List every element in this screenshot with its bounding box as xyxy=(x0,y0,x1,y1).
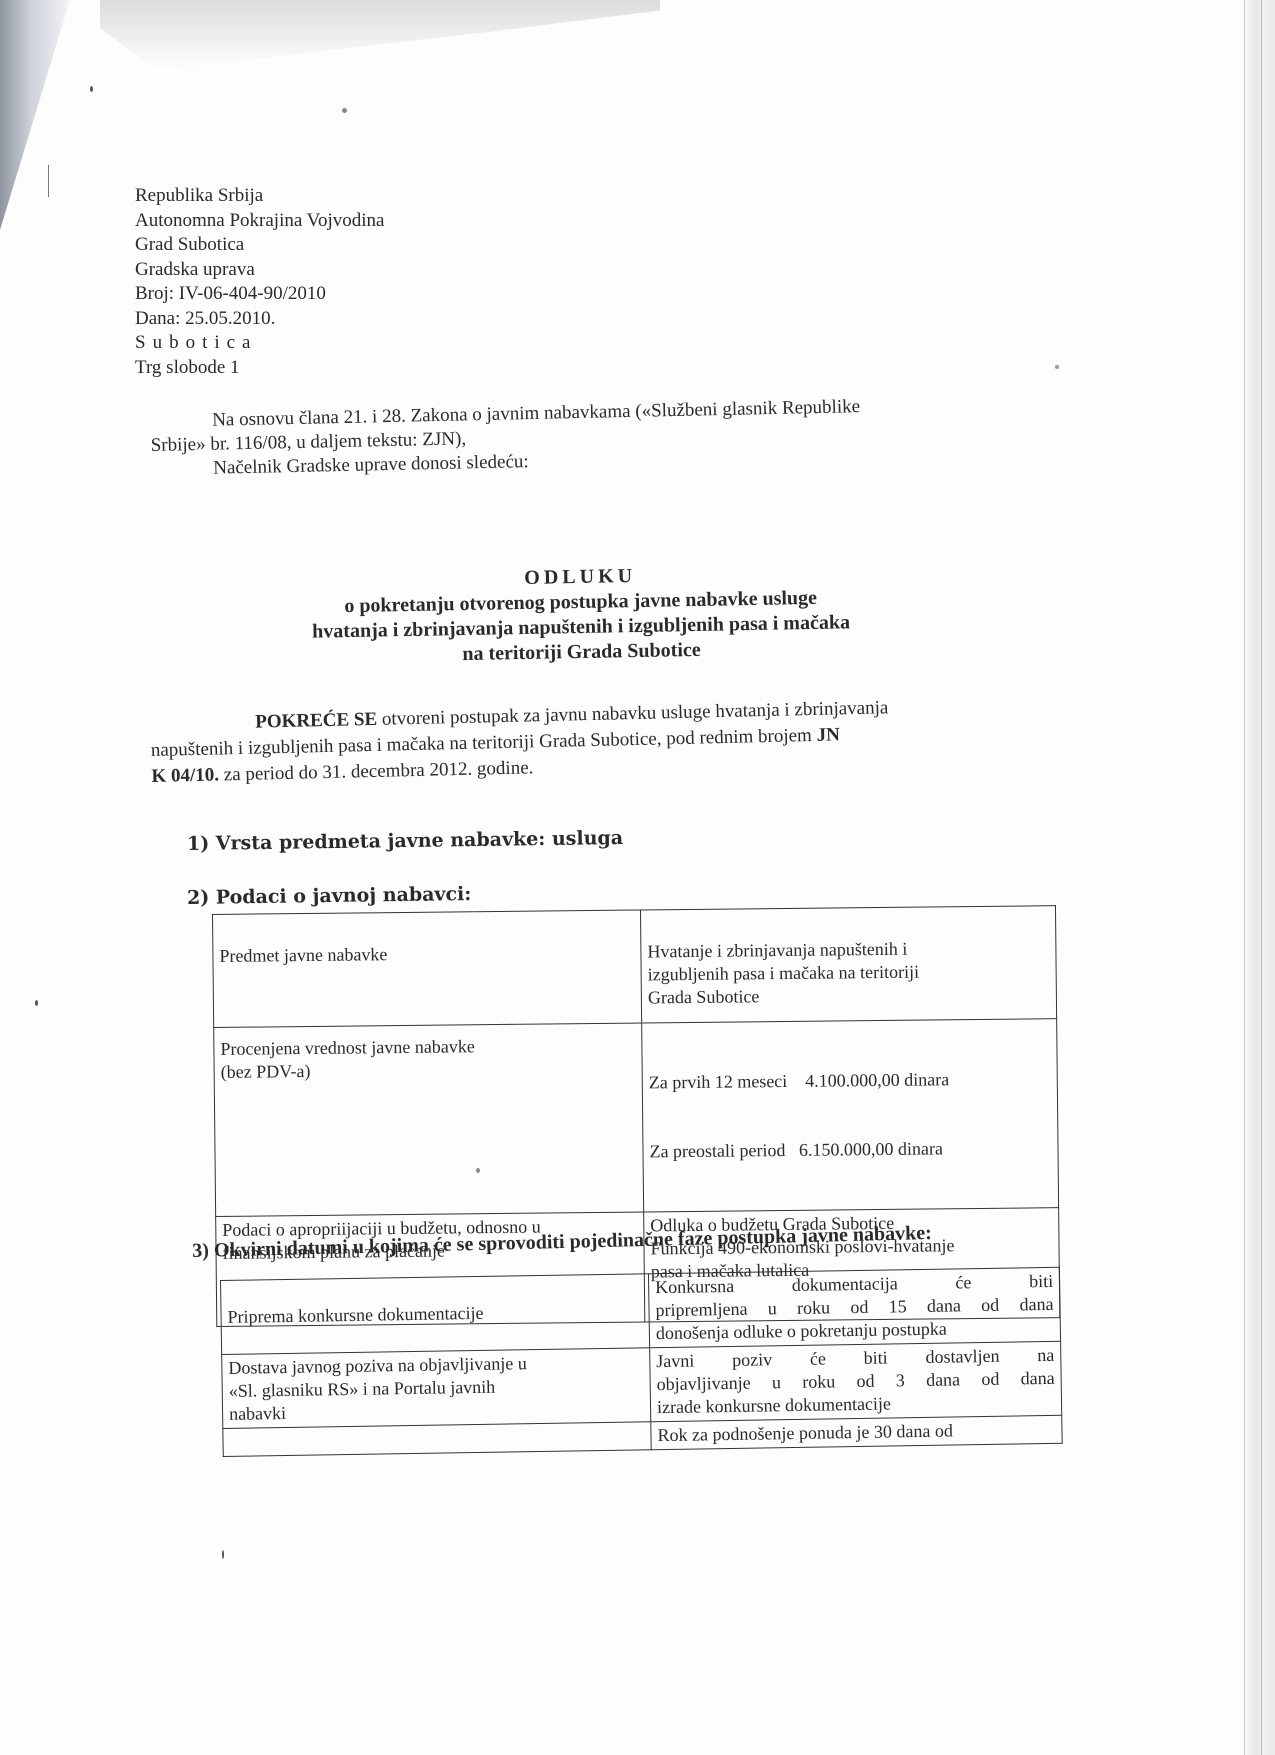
cell-line: Za preostali period 6.150.000,00 dinara xyxy=(649,1136,1051,1163)
cell-line: izrade konkursne dokumentacije xyxy=(657,1390,1055,1419)
header-place: Subotica xyxy=(135,331,384,356)
table-cell-label xyxy=(223,1422,651,1457)
decision-body: POKREĆE SE otvoreni postupak za javnu na… xyxy=(150,692,1052,790)
table-cell-value: Javni poziv će biti dostavljen na objavl… xyxy=(650,1341,1062,1421)
header-date: Dana: 25.05.2010. xyxy=(135,307,384,332)
body-bold-start: POKREĆE SE xyxy=(255,709,377,733)
letterhead: Republika Srbija Autonomna Pokrajina Voj… xyxy=(135,184,384,380)
decision-title: ODLUKU o pokretanju otvorenog postupka j… xyxy=(240,559,922,671)
scan-speck xyxy=(342,108,347,113)
procurement-data-table: Predmet javne nabavke Hvatanje i zbrinja… xyxy=(212,905,1060,1327)
header-province: Autonomna Pokrajina Vojvodina xyxy=(135,209,384,234)
section-2-heading: 2) Podaci o javnoj nabavci: xyxy=(187,883,472,909)
body-bold-jn: JN xyxy=(816,724,840,746)
scan-speck xyxy=(35,1000,38,1006)
table-cell-value: Hvatanje i zbrinjavanja napuštenih i izg… xyxy=(640,906,1056,1023)
table-cell-label: Dostava javnog poziva na objavljivanje u… xyxy=(222,1348,651,1429)
table-row: Dostava javnog poziva na objavljivanje u… xyxy=(222,1341,1062,1428)
section-1-heading: 1) Vrsta predmeta javne nabavke: usluga xyxy=(187,827,623,855)
document-page: Republika Srbija Autonomna Pokrajina Voj… xyxy=(0,0,1245,1755)
header-office: Gradska uprava xyxy=(135,258,384,283)
scan-speck xyxy=(90,86,93,92)
intro-paragraph: Na osnovu člana 21. i 28. Zakona o javni… xyxy=(150,392,1021,482)
cell-line: Grada Subotice xyxy=(648,982,1050,1009)
cell-line: Za prvih 12 meseci 4.100.000,00 dinara xyxy=(649,1067,1051,1094)
table-cell-value: Za prvih 12 meseci 4.100.000,00 dinara Z… xyxy=(642,1019,1059,1212)
header-address: Trg slobode 1 xyxy=(135,356,384,381)
body-bold-k: K 04/10. xyxy=(151,764,219,787)
header-city: Grad Subotica xyxy=(135,233,384,258)
table-cell-value: Rok za podnošenje ponuda je 30 dana od xyxy=(651,1415,1062,1449)
scan-speck xyxy=(222,1550,224,1559)
body-text-3: za period do 31. decembra 2012. godine. xyxy=(219,757,534,785)
header-number: Broj: IV-06-404-90/2010 xyxy=(135,282,384,307)
scan-speck xyxy=(1055,365,1059,369)
scan-speck xyxy=(48,165,49,197)
table-cell-value: Konkursna dokumentacija će biti pripreml… xyxy=(648,1267,1060,1347)
table-cell-label: Predmet javne nabavke xyxy=(213,910,642,1027)
cell-line: Rok za podnošenje ponuda je 30 dana od xyxy=(657,1418,1055,1447)
scan-speck xyxy=(476,1168,480,1173)
table-cell-label: Procenjena vrednost javne nabavke (bez P… xyxy=(214,1023,644,1216)
header-country: Republika Srbija xyxy=(135,184,384,209)
table-row: Procenjena vrednost javne nabavke (bez P… xyxy=(214,1019,1059,1217)
cell-line: (bez PDV-a) xyxy=(221,1057,636,1084)
scan-edge-right xyxy=(1244,0,1275,1755)
procurement-timeline-table: Priprema konkursne dokumentacije Konkurs… xyxy=(220,1267,1063,1457)
table-cell-label: Priprema konkursne dokumentacije xyxy=(221,1274,650,1355)
cell-line: donošenja odluke o pokretanju postupka xyxy=(656,1316,1054,1345)
table-row: Priprema konkursne dokumentacije Konkurs… xyxy=(221,1267,1061,1354)
table-row: Predmet javne nabavke Hvatanje i zbrinja… xyxy=(213,906,1057,1028)
